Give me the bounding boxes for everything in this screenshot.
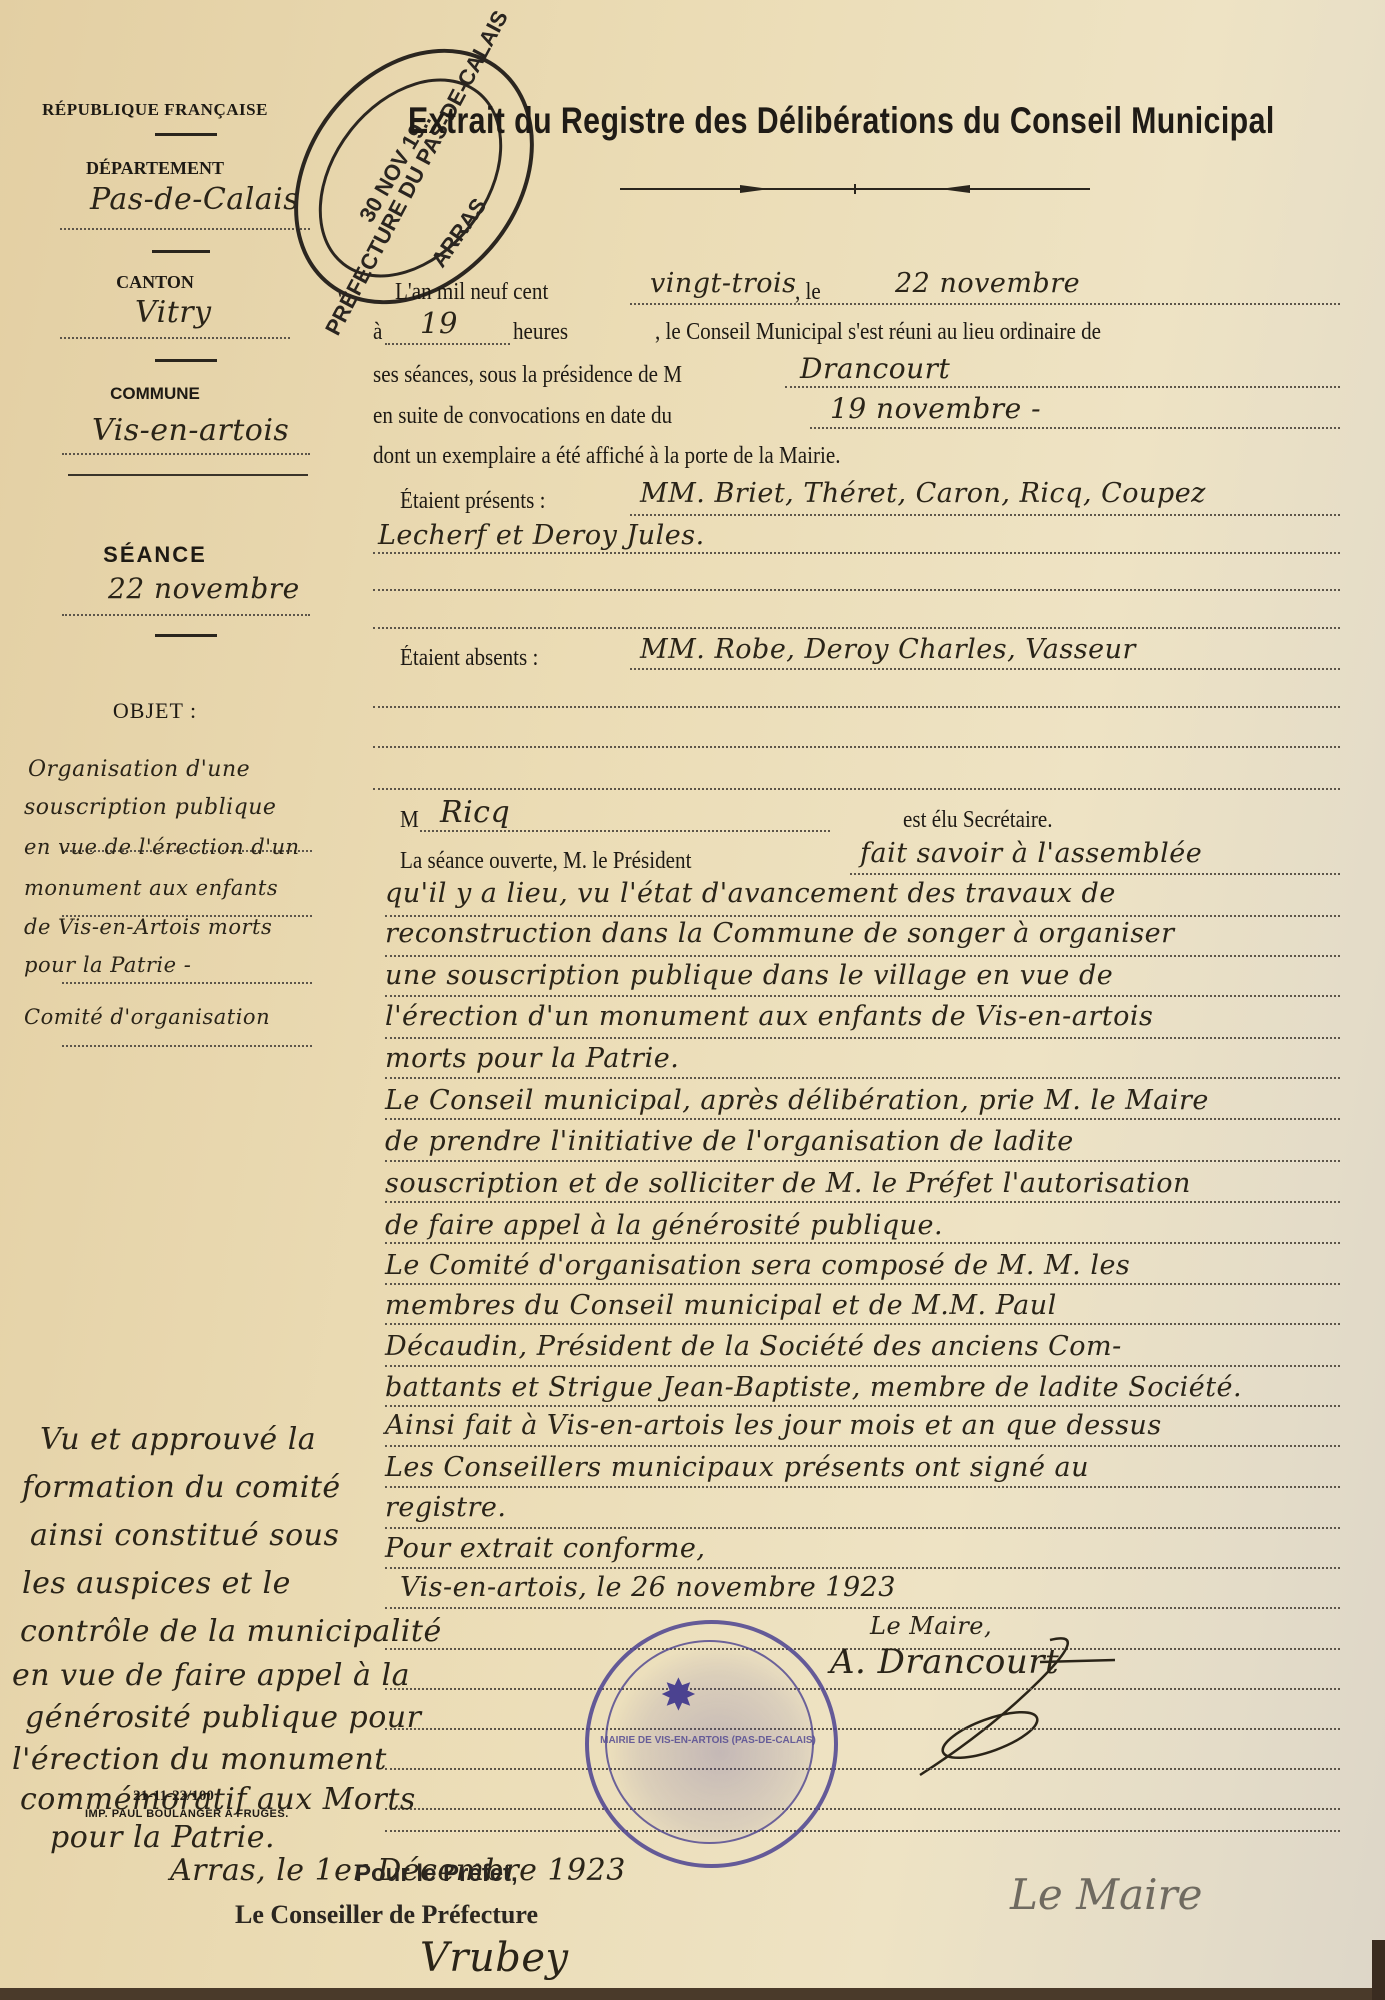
divider: [152, 250, 210, 253]
republique-francaise: RÉPUBLIQUE FRANÇAISE: [0, 100, 310, 120]
field-line: [373, 552, 1340, 554]
approval-line: ainsi constitué sous: [30, 1518, 339, 1553]
hour-a: à: [373, 319, 382, 346]
field-line: [373, 706, 1340, 708]
year-prefix: L'an mil neuf cent: [395, 279, 548, 306]
field-line: [385, 995, 1340, 997]
field-line: [373, 627, 1340, 629]
field-line: [385, 915, 1340, 917]
deliberation-line: registre.: [385, 1492, 506, 1523]
field-line: [373, 746, 1340, 748]
affiche-line: dont un exemplaire a été affiché à la po…: [373, 443, 841, 470]
presidence-label: ses séances, sous la présidence de M: [373, 362, 682, 389]
deliberation-line: Pour extrait conforme,: [385, 1533, 705, 1564]
approval-line: l'érection du monument: [12, 1742, 387, 1777]
field-line: [373, 788, 1340, 790]
deliberation-line: morts pour la Patrie.: [385, 1043, 679, 1074]
seance-ouverte: La séance ouverte, M. le Président: [400, 848, 691, 875]
field-line: [385, 1242, 1340, 1244]
deliberation-line: Le Conseil municipal, après délibération…: [385, 1085, 1209, 1116]
objet-line: souscription publique: [24, 795, 276, 820]
departement-label: DÉPARTEMENT: [0, 158, 310, 179]
title-ornament-divider: [620, 184, 1090, 194]
field-line: [385, 343, 510, 345]
convocation-label: en suite de convocations en date du: [373, 403, 672, 430]
field-line: [850, 873, 1340, 875]
field-line: [630, 668, 1340, 670]
approval-line: en vue de faire appel à la: [12, 1658, 410, 1693]
departement-value: Pas-de-Calais: [90, 182, 299, 217]
field-line: [385, 955, 1340, 957]
president-name: Drancourt: [800, 352, 950, 385]
meeting-hour: 19: [420, 306, 458, 340]
conseiller-prefecture: Le Conseiller de Préfecture: [235, 1900, 538, 1930]
field-line: [385, 1365, 1340, 1367]
approval-line: générosité publique pour: [25, 1700, 421, 1735]
deliberation-line: de faire appel à la générosité publique.: [385, 1210, 943, 1241]
deliberation-line: membres du Conseil municipal et de M.M. …: [385, 1290, 1057, 1321]
presents-names-1: MM. Briet, Théret, Caron, Ricq, Coupez: [640, 478, 1206, 509]
canton-value: Vitry: [135, 295, 212, 330]
approval-line: formation du comité: [22, 1470, 341, 1505]
objet-line: monument aux enfants: [24, 876, 278, 900]
field-line: [62, 453, 310, 455]
field-line: [385, 1037, 1340, 1039]
deliberation-line: une souscription publique dans le villag…: [385, 960, 1113, 991]
document-title: Extrait du Registre des Délibérations du…: [408, 100, 1130, 142]
field-line: [630, 514, 1340, 516]
deliberation-line: reconstruction dans la Commune de songer…: [385, 918, 1175, 949]
canton-label: CANTON: [0, 272, 310, 293]
seance-label: SÉANCE: [0, 542, 310, 568]
deliberation-line: l'érection d'un monument aux enfants de …: [385, 1001, 1153, 1032]
deliberation-line: de prendre l'initiative de l'organisatio…: [385, 1126, 1074, 1157]
objet-line: Comité d'organisation: [24, 1005, 270, 1029]
field-line: [385, 1160, 1340, 1162]
field-line: [810, 427, 1340, 429]
meeting-date: 22 novembre: [895, 268, 1080, 299]
field-line: [62, 614, 310, 616]
deliberation-line: Vis-en-artois, le 26 novembre 1923: [400, 1572, 896, 1603]
year-value: vingt-trois: [650, 268, 797, 299]
absents-label: Étaient absents :: [400, 645, 538, 672]
pencil-note: Le Maire: [1010, 1870, 1203, 1919]
secretary-label: est élu Secrétaire.: [903, 807, 1053, 834]
field-line: [373, 589, 1340, 591]
date-le: , le: [795, 279, 821, 306]
deliberation-line: Ainsi fait à Vis-en-artois les jour mois…: [385, 1410, 1162, 1441]
commune-value: Vis-en-artois: [92, 413, 289, 448]
commune-label: COMMUNE: [0, 384, 310, 404]
divider: [155, 133, 217, 136]
pour-le-prefet: Pour le Préfet,: [355, 1860, 518, 1888]
secretary-name: Ricq: [440, 795, 510, 830]
approval-line: contrôle de la municipalité: [20, 1614, 442, 1649]
convocation-date: 19 novembre -: [830, 392, 1041, 425]
deliberation-line: Les Conseillers municipaux présents ont …: [385, 1452, 1089, 1483]
printer-imprint: IMP. PAUL BOULANGER A FRUGES.: [85, 1808, 289, 1820]
photo-right-edge: [1372, 1940, 1385, 2000]
field-line: [385, 1527, 1340, 1529]
field-line: [420, 830, 830, 832]
heures: heures: [513, 319, 568, 346]
deliberation-line: fait savoir à l'assemblée: [860, 838, 1202, 869]
deliberation-line: battants et Strigue Jean-Baptiste, membr…: [385, 1372, 1242, 1403]
secretary-m: M: [400, 807, 419, 834]
approval-line: Vu et approuvé la: [40, 1422, 316, 1457]
field-line: [62, 982, 312, 984]
field-line: [385, 1486, 1340, 1488]
divider: [155, 634, 217, 637]
field-line: [385, 1768, 1340, 1770]
field-line: [785, 386, 1340, 388]
field-line: [385, 1077, 1340, 1079]
objet-line: de Vis-en-Artois morts: [24, 915, 272, 939]
deliberation-line: Le Comité d'organisation sera composé de…: [385, 1250, 1130, 1281]
seance-value: 22 novembre: [108, 572, 300, 605]
mairie-seal-text: MAIRIE DE VIS-EN-ARTOIS (PAS-DE-CALAIS): [598, 1735, 818, 1746]
presents-label: Étaient présents :: [400, 488, 545, 515]
presents-names-2: Lecherf et Deroy Jules.: [378, 520, 705, 551]
absents-names: MM. Robe, Deroy Charles, Vasseur: [640, 634, 1136, 665]
field-line: [385, 1283, 1340, 1285]
deliberation-line: Décaudin, Président de la Société des an…: [385, 1331, 1122, 1362]
field-line: [630, 303, 1340, 305]
field-line: [385, 1323, 1340, 1325]
field-line: [60, 337, 290, 339]
seal-star-icon: ✸: [660, 1670, 697, 1721]
conseil-reuni: , le Conseil Municipal s'est réuni au li…: [655, 319, 1101, 346]
divider: [155, 359, 217, 362]
deliberation-line: souscription et de solliciter de M. le P…: [385, 1168, 1191, 1199]
photo-bottom-edge: [0, 1988, 1385, 2000]
printer-code: 21-11-22/100: [133, 1788, 214, 1805]
objet-line: Organisation d'une: [28, 757, 250, 782]
approval-line: pour la Patrie.: [50, 1820, 275, 1855]
objet-line: en vue de l'érection d'un: [24, 835, 300, 859]
field-line: [385, 1728, 1340, 1730]
objet-label: OBJET :: [0, 698, 310, 724]
field-line: [62, 1045, 312, 1047]
maire-signature-flourish: [890, 1620, 1150, 1780]
field-line: [385, 1688, 1340, 1690]
field-line: [385, 1201, 1340, 1203]
field-line: [385, 1567, 1340, 1569]
double-divider: [68, 474, 308, 476]
approval-line: les auspices et le: [22, 1566, 291, 1601]
field-line: [385, 1607, 1340, 1609]
field-line: [385, 1445, 1340, 1447]
field-line: [385, 1118, 1340, 1120]
prefecture-signature: Vrubey: [420, 1935, 569, 1981]
field-line: [60, 228, 310, 230]
field-line: [385, 1808, 1340, 1810]
field-line: [385, 1830, 1340, 1832]
objet-line: pour la Patrie -: [24, 953, 191, 977]
field-line: [385, 1405, 1340, 1407]
deliberation-line: qu'il y a lieu, vu l'état d'avancement d…: [385, 878, 1116, 909]
